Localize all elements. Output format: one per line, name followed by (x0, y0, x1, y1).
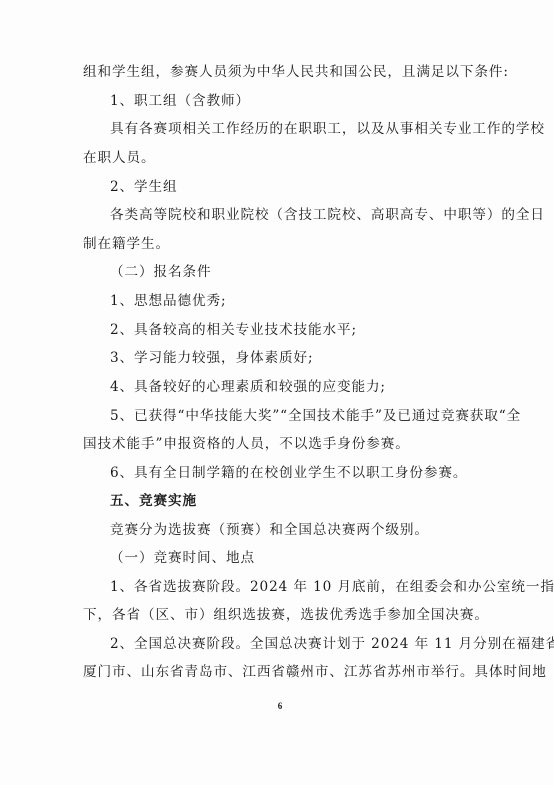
text-line-national-final-cities: 厦门市、山东省青岛市、江西省赣州市、江苏省苏州市举行。具体时间地 (83, 663, 475, 681)
condition-item-2: 2、具备较高的相关专业技术技能水平; (110, 321, 475, 339)
section-heading-competition-implementation: 五、竞赛实施 (110, 492, 475, 510)
condition-item-5-continued: 国技术能手”申报资格的人员，不以选手身份参赛。 (83, 435, 475, 453)
text-line-student-group-desc-end: 制在籍学生。 (83, 235, 475, 253)
condition-item-4: 4、具备较好的心理素质和较强的应变能力; (110, 378, 475, 396)
text-line-staff-group-desc: 具有各赛项相关工作经历的在职职工，以及从事相关专业工作的学校 (110, 120, 475, 138)
text-line-staff-group-desc-end: 在职人员。 (83, 149, 475, 167)
condition-item-6: 6、具有全日制学籍的在校创业学生不以职工身份参赛。 (110, 464, 475, 482)
text-line-provincial-stage-continued: 下，各省（区、市）组织选拔赛，选拔优秀选手参加全国决赛。 (83, 606, 475, 624)
condition-item-5: 5、已获得“中华技能大奖”“全国技术能手”及已通过竞赛获取“全 (110, 407, 475, 425)
page-number: 6 (274, 701, 286, 711)
subheading-student-group: 2、学生组 (110, 178, 475, 196)
condition-item-3: 3、学习能力较强，身体素质好; (110, 349, 475, 367)
text-line-continuation-eligibility: 组和学生组，参赛人员须为中华人民共和国公民，且满足以下条件: (83, 63, 475, 81)
text-line-competition-levels: 竞赛分为选拔赛（预赛）和全国总决赛两个级别。 (110, 521, 475, 539)
document-page: 组和学生组，参赛人员须为中华人民共和国公民，且满足以下条件: 1、职工组（含教师… (0, 0, 554, 785)
subheading-staff-group: 1、职工组（含教师） (110, 92, 475, 110)
condition-item-1: 1、思想品德优秀; (110, 292, 475, 310)
text-line-student-group-desc: 各类高等院校和职业院校（含技工院校、高职高专、中职等）的全日 (110, 206, 475, 224)
section-heading-registration-conditions: （二）报名条件 (110, 263, 475, 281)
text-line-provincial-stage: 1、各省选拔赛阶段。2024 年 10 月底前，在组委会和办公室统一指导 (110, 578, 475, 596)
subheading-time-location: （一）竞赛时间、地点 (110, 549, 475, 567)
text-line-national-final-stage: 2、全国总决赛阶段。全国总决赛计划于 2024 年 11 月分别在福建省 (110, 635, 475, 653)
